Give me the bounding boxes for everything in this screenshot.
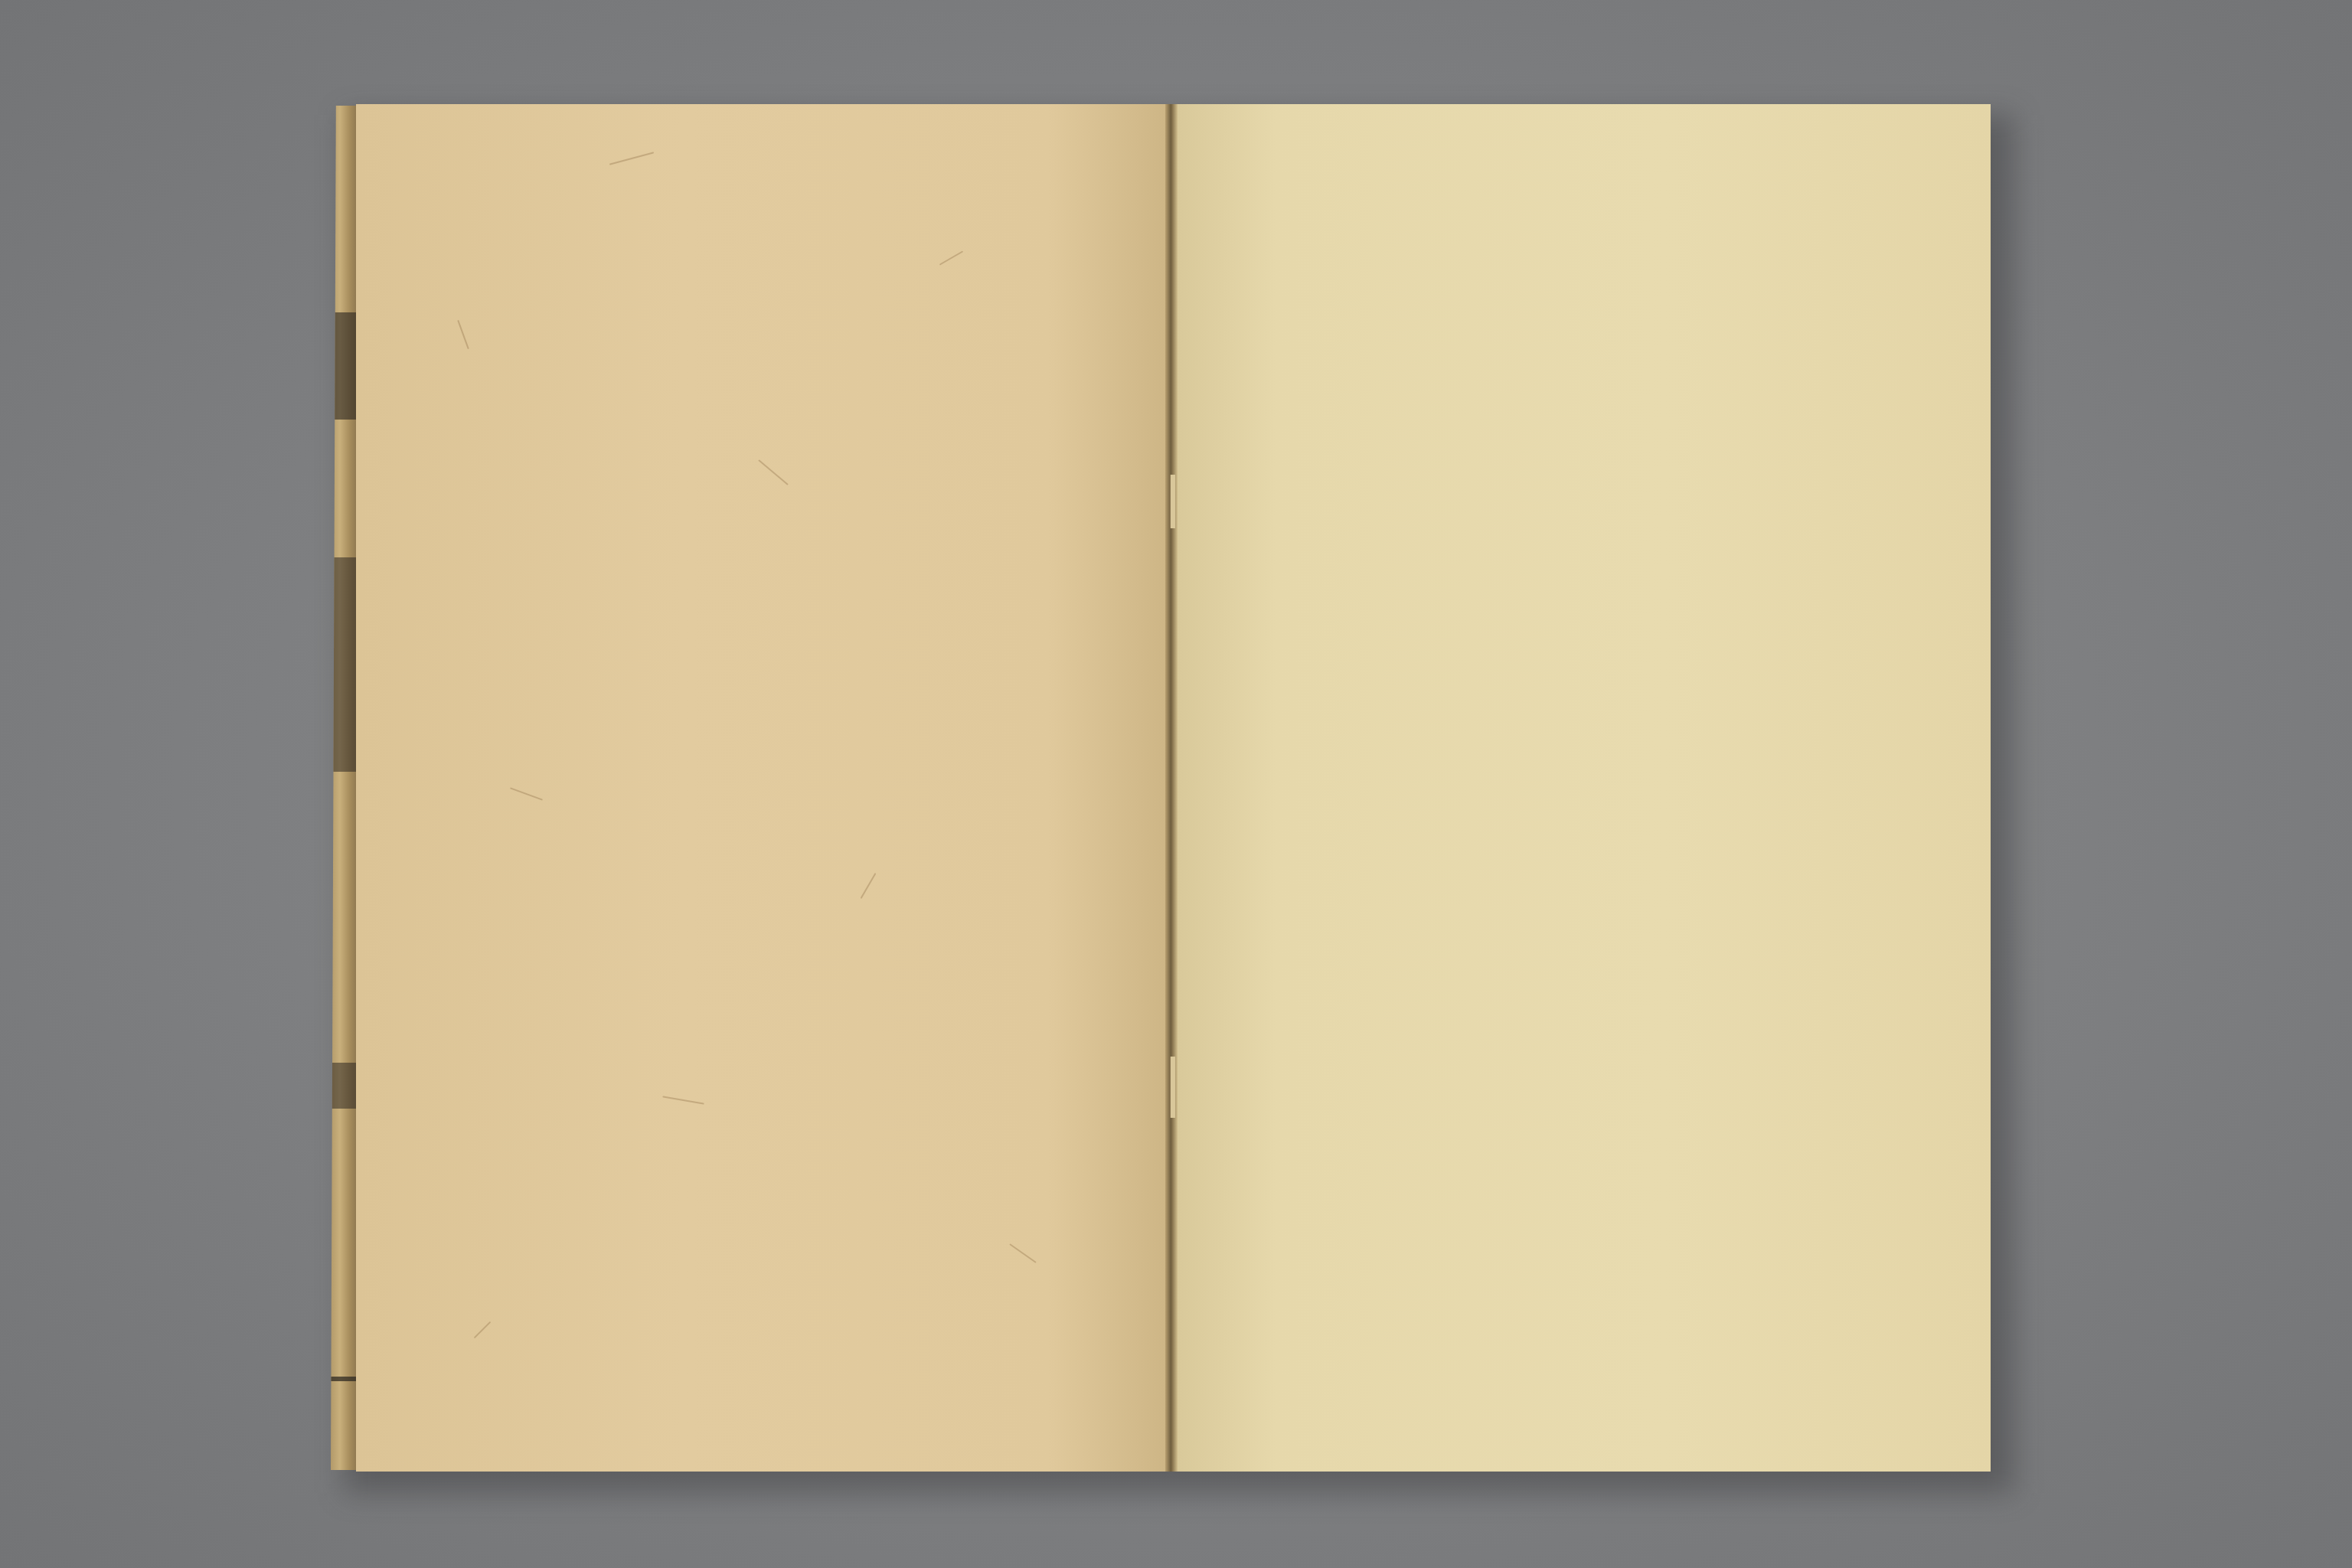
edge-ink-mark [331, 312, 357, 420]
paper-fiber [758, 459, 789, 485]
paper-fiber [939, 250, 963, 265]
edge-ink-line [331, 1377, 357, 1381]
paper-fiber [1009, 1243, 1037, 1263]
edge-ink-mark [331, 557, 357, 772]
paper-fiber [861, 873, 877, 899]
edge-ink-mark [331, 1063, 357, 1109]
book-fore-edge [331, 106, 357, 1470]
binding-thread [1170, 475, 1175, 528]
photo-scene [0, 0, 2352, 1568]
paper-fiber [457, 320, 469, 349]
right-page [1178, 104, 1991, 1472]
paper-fiber [609, 152, 654, 165]
book-gutter [1165, 104, 1178, 1472]
left-page [356, 104, 1171, 1472]
paper-fiber [662, 1096, 704, 1105]
binding-thread [1170, 1057, 1175, 1118]
paper-fiber [474, 1321, 492, 1339]
paper-fiber [510, 787, 543, 800]
